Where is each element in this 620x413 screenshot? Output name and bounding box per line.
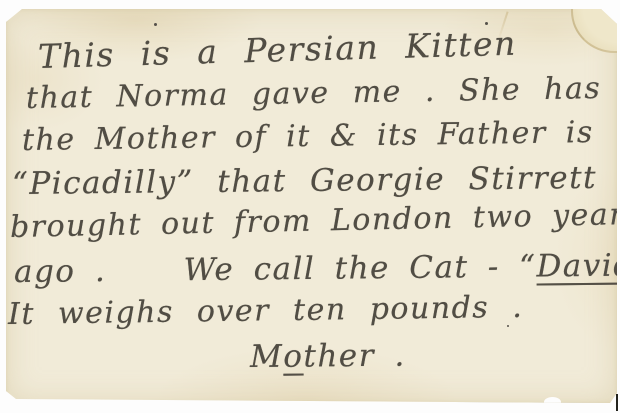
signature-end: ther . xyxy=(303,338,406,375)
scanner-edge-mark xyxy=(616,394,618,411)
folded-corner xyxy=(571,9,617,53)
signature-start: M xyxy=(250,339,284,375)
paper-edge-notch xyxy=(544,397,561,407)
note-photo: This is a Persian Kitten that Norma gave… xyxy=(0,0,620,413)
note-line-6: ago . We call the Cat - “David” xyxy=(14,247,620,290)
cat-name-underlined: David xyxy=(536,248,620,285)
note-paper: This is a Persian Kitten that Norma gave… xyxy=(6,9,617,403)
note-line-3: the Mother of it & its Father is xyxy=(22,115,594,158)
note-line-5: brought out from London two years xyxy=(10,197,620,245)
ink-speck xyxy=(507,325,509,327)
note-line-2: that Norma gave me . She has xyxy=(26,71,602,116)
note-line-7: It weighs over ten pounds . xyxy=(8,290,524,332)
note-line-1: This is a Persian Kitten xyxy=(37,24,517,76)
note-line-6-text: ago . We call the Cat - “ xyxy=(14,249,537,290)
note-line-4: “Picadilly” that Georgie Stirrett xyxy=(12,160,597,202)
signature-underlined-letter: o xyxy=(283,339,303,375)
ink-speck xyxy=(154,23,157,26)
signature: Mother . xyxy=(250,338,406,375)
